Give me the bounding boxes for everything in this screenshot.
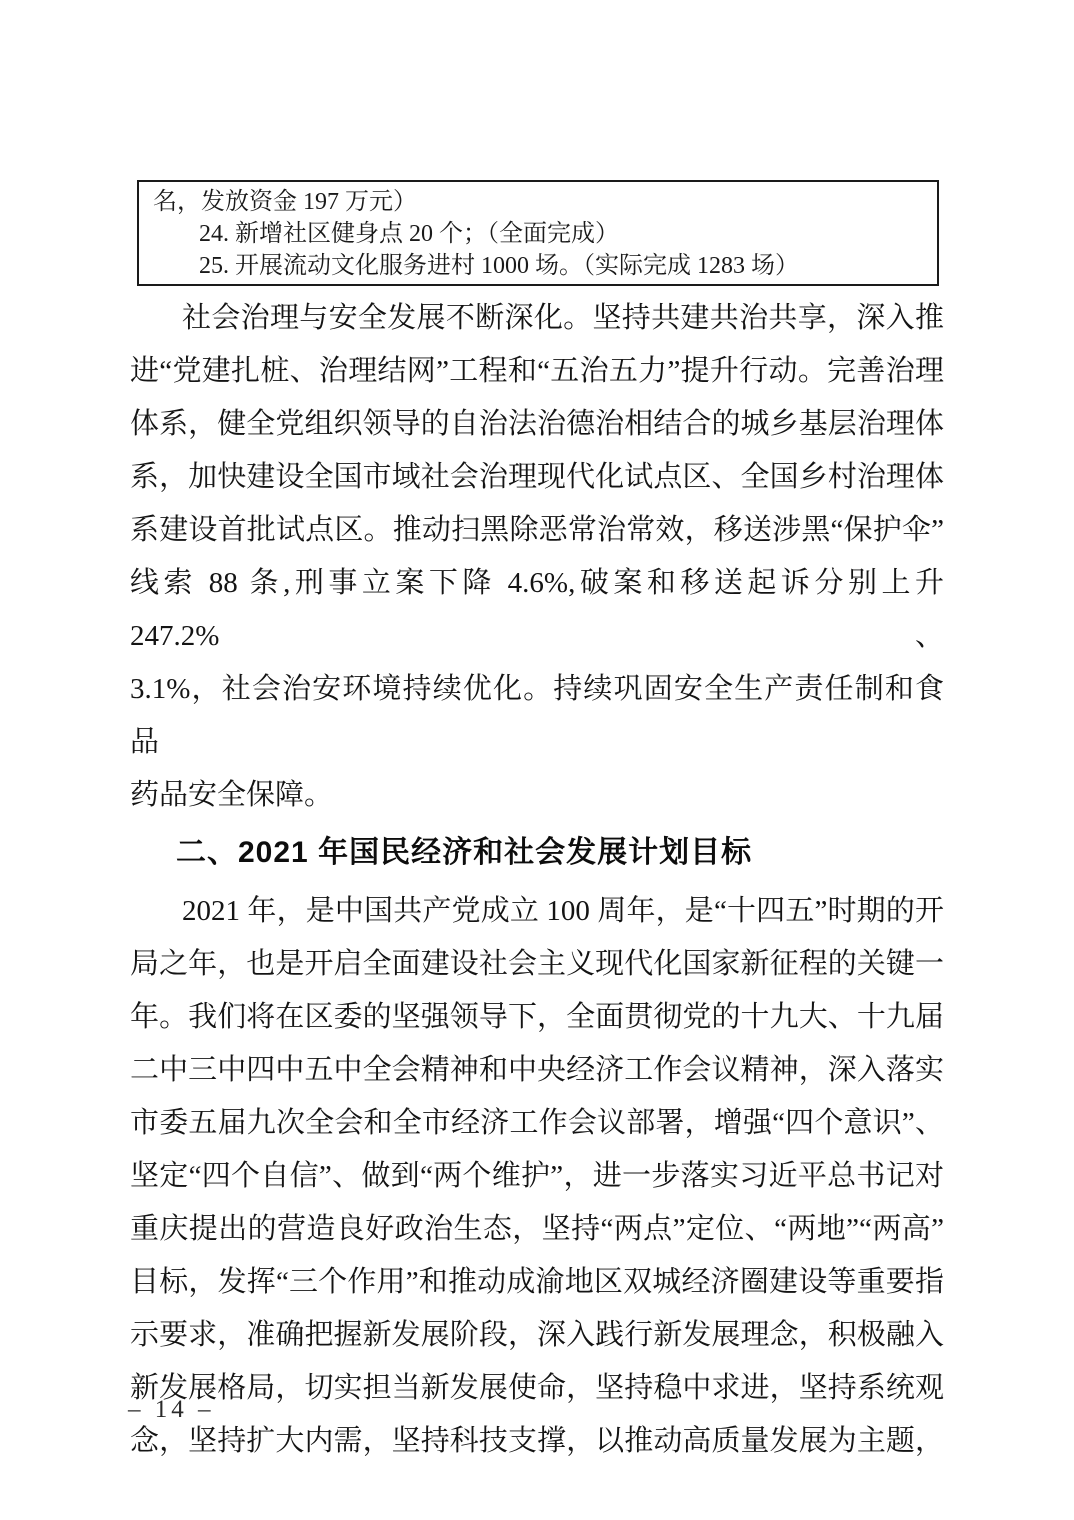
completion-list-box: 名，发放资金 197 万元） 24. 新增社区健身点 20 个；（全面完成） 2…	[137, 180, 939, 286]
text-line: 系，加快建设全国市域社会治理现代化试点区、全国乡村治理体	[130, 451, 944, 504]
text-line: 重庆提出的营造良好政治生态，坚持“两点”定位、“两地”“两高”	[130, 1203, 944, 1256]
document-page: 名，发放资金 197 万元） 24. 新增社区健身点 20 个；（全面完成） 2…	[0, 0, 1074, 1520]
text-line: 局之年，也是开启全面建设社会主义现代化国家新征程的关键一	[130, 938, 944, 991]
box-line: 名，发放资金 197 万元）	[153, 186, 923, 218]
text-line: 示要求，准确把握新发展阶段，深入践行新发展理念，积极融入	[130, 1309, 944, 1362]
text-line: 年。我们将在区委的坚强领导下，全面贯彻党的十九大、十九届	[130, 991, 944, 1044]
text-line: 3.1%，社会治安环境持续优化。持续巩固安全生产责任制和食品	[130, 663, 944, 769]
text-line: 目标，发挥“三个作用”和推动成渝地区双城经济圈建设等重要指	[130, 1256, 944, 1309]
page-number: – 14 –	[128, 1396, 215, 1424]
text-line: 进“党建扎桩、治理结网”工程和“五治五力”提升行动。完善治理	[130, 345, 944, 398]
text-line: 药品安全保障。	[130, 769, 944, 822]
section-heading: 二、2021 年国民经济和社会发展计划目标	[130, 826, 944, 879]
text-line: 坚定“四个自信”、做到“两个维护”，进一步落实习近平总书记对	[130, 1150, 944, 1203]
text-line: 线索 88 条,刑事立案下降 4.6%,破案和移送起诉分别上升 247.2%、	[130, 557, 944, 663]
text-line: 系建设首批试点区。推动扫黑除恶常治常效，移送涉黑“保护伞”	[130, 504, 944, 557]
text-line: 市委五届九次全会和全市经济工作会议部署，增强“四个意识”、	[130, 1097, 944, 1150]
text-line: 新发展格局，切实担当新发展使命，坚持稳中求进，坚持系统观	[130, 1362, 944, 1415]
paragraph-social-governance: 社会治理与安全发展不断深化。坚持共建共治共享，深入推 进“党建扎桩、治理结网”工…	[130, 292, 944, 822]
document-content: 名，发放资金 197 万元） 24. 新增社区健身点 20 个；（全面完成） 2…	[130, 180, 944, 1468]
box-line: 25. 开展流动文化服务进村 1000 场。（实际完成 1283 场）	[153, 250, 923, 282]
text-line: 二中三中四中五中全会精神和中央经济工作会议精神，深入落实	[130, 1044, 944, 1097]
text-line: 体系，健全党组织领导的自治法治德治相结合的城乡基层治理体	[130, 398, 944, 451]
text-line: 念，坚持扩大内需，坚持科技支撑，以推动高质量发展为主题，	[130, 1415, 944, 1468]
text-line: 2021 年，是中国共产党成立 100 周年，是“十四五”时期的开	[130, 885, 944, 938]
paragraph-plan-goals: 2021 年，是中国共产党成立 100 周年，是“十四五”时期的开 局之年，也是…	[130, 885, 944, 1468]
text-line: 社会治理与安全发展不断深化。坚持共建共治共享，深入推	[130, 292, 944, 345]
box-line: 24. 新增社区健身点 20 个；（全面完成）	[153, 218, 923, 250]
